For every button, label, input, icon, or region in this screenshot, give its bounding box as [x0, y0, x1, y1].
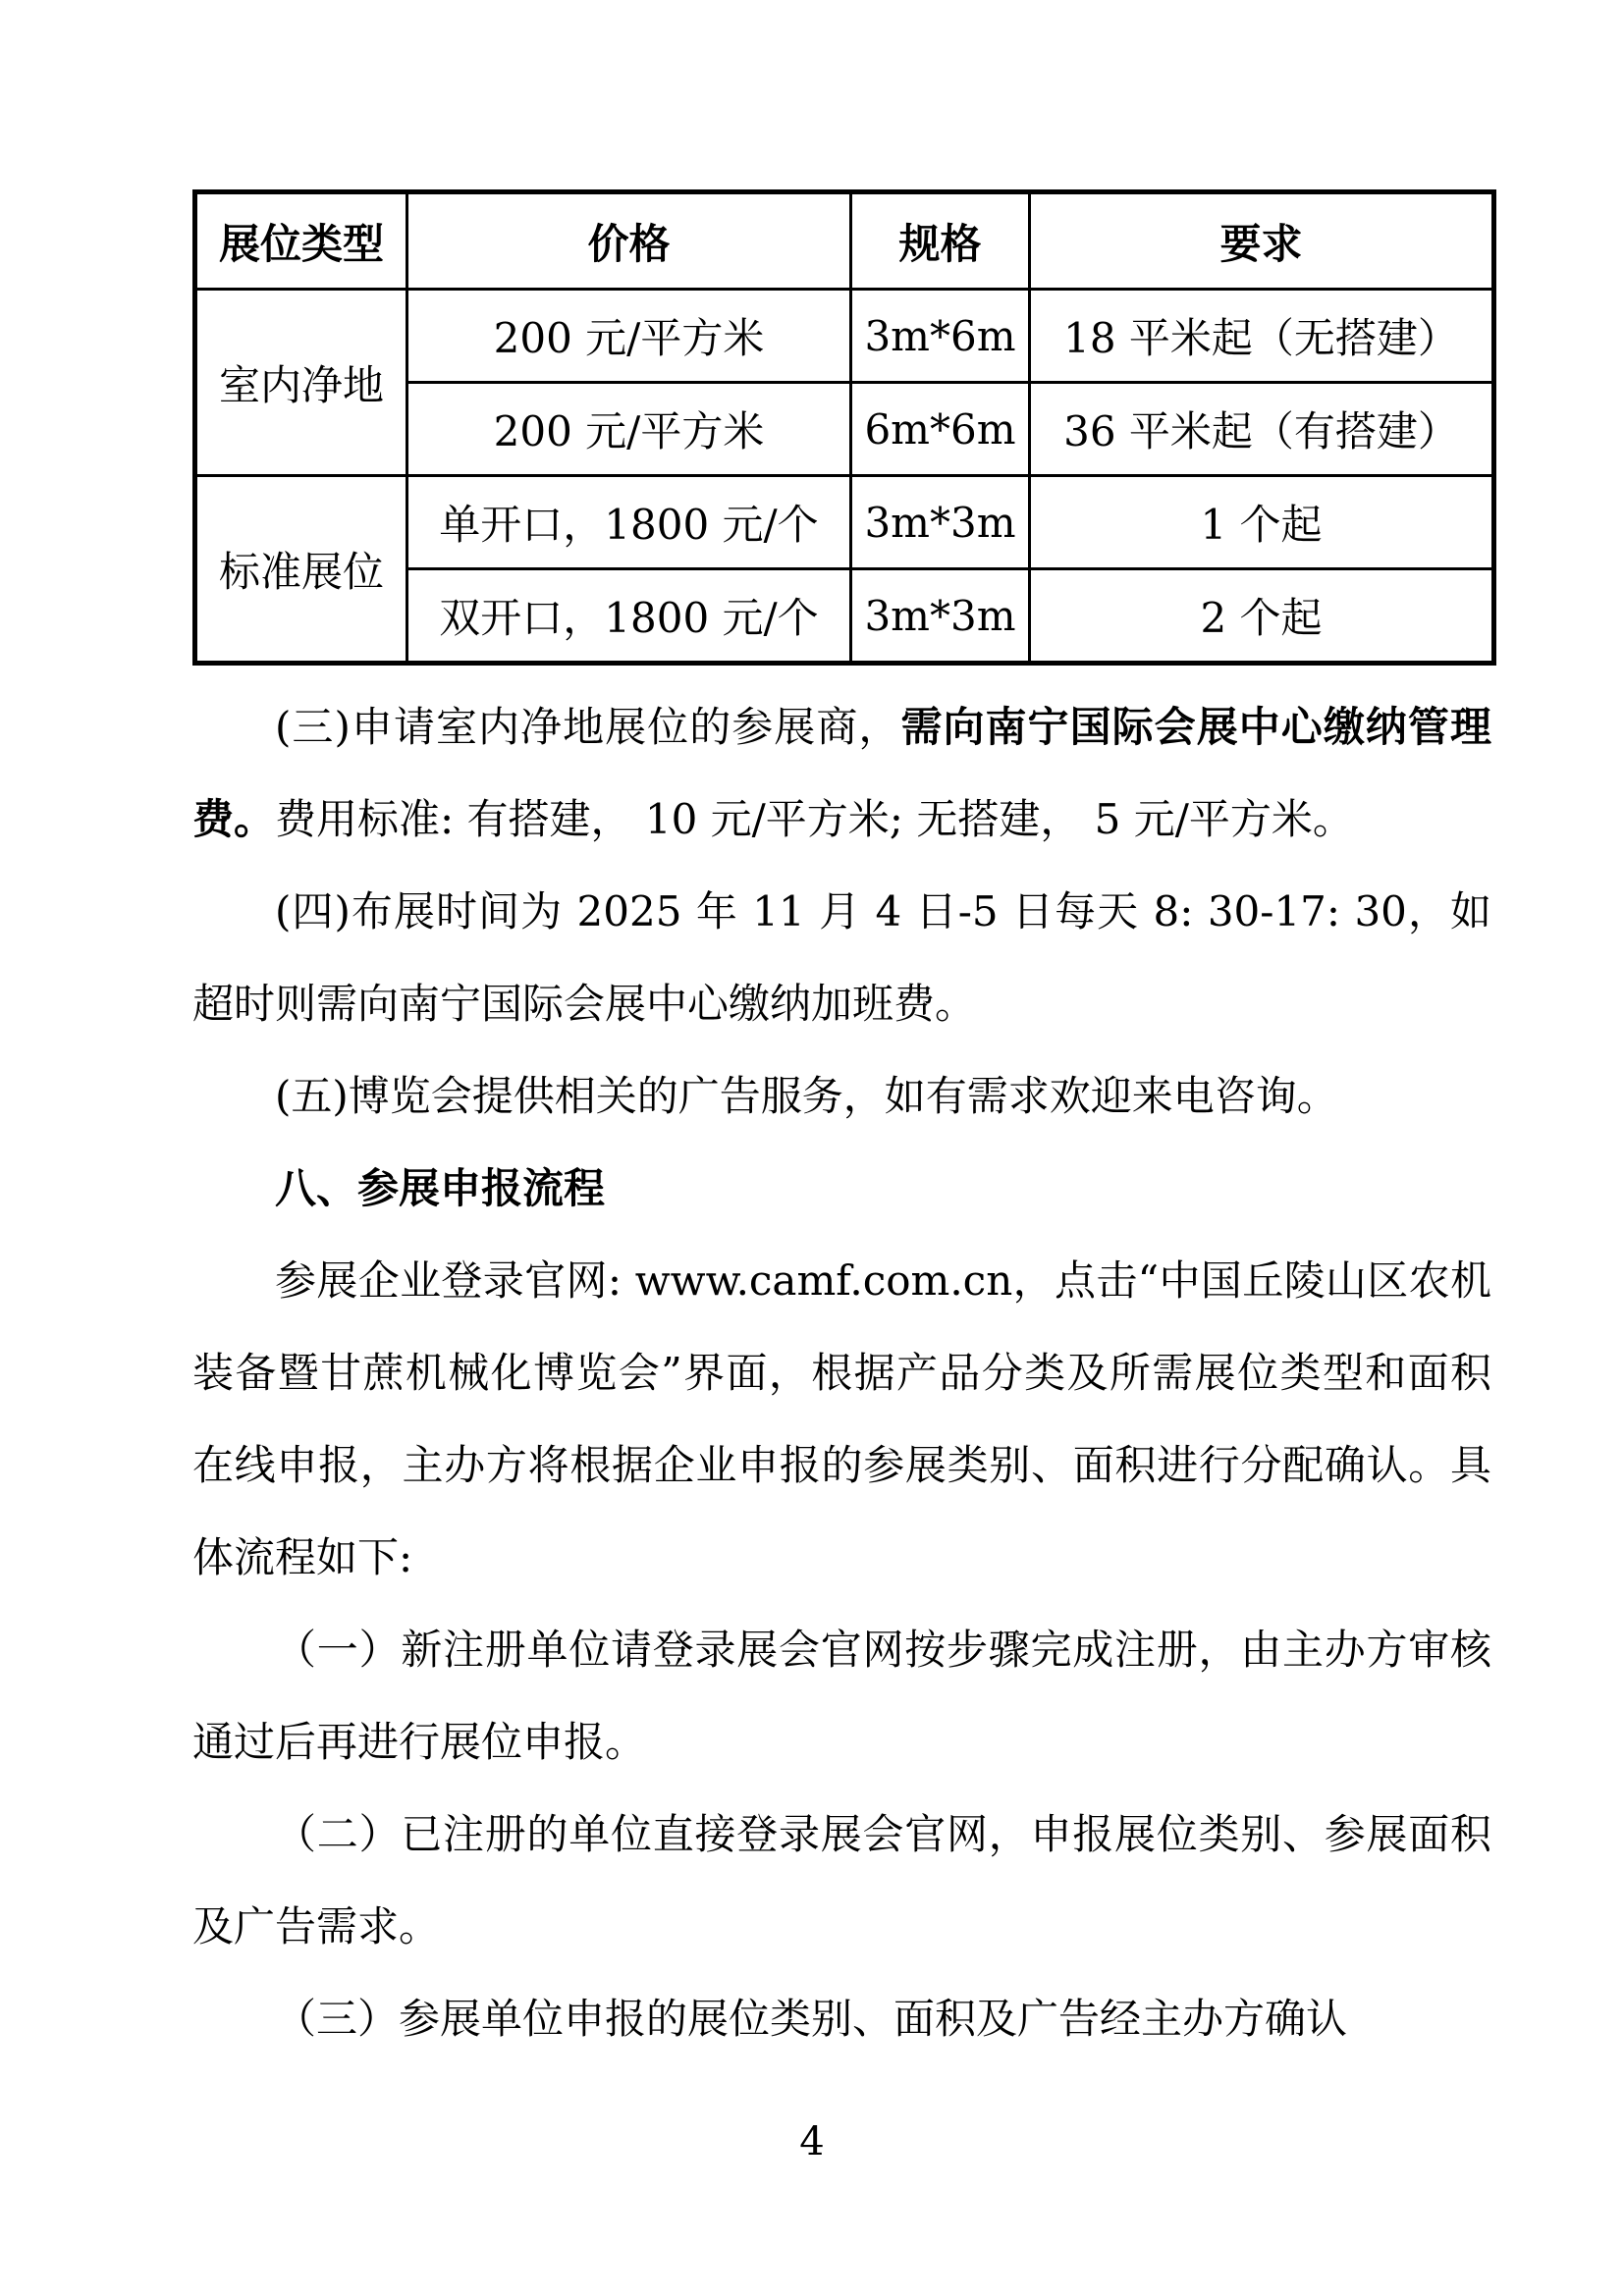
table-cell: 双开口，1800 元/个: [407, 569, 851, 664]
table-cell: 6m*6m: [851, 383, 1030, 476]
table-row: 室内净地200 元/平方米3m*6m18 平米起（无搭建）: [195, 290, 1494, 383]
table-header-cell: 价格: [407, 192, 851, 290]
table-header-cell: 展位类型: [195, 192, 407, 290]
paragraph: (三)申请室内净地展位的参展商，需向南宁国际会展中心缴纳管理费。费用标准: 有搭…: [192, 681, 1491, 866]
table-cell: 标准展位: [195, 476, 407, 664]
text-segment: (三)申请室内净地展位的参展商，: [275, 703, 900, 751]
text-segment: （三）参展单位申报的展位类别、面积及广告经主办方确认: [275, 1995, 1347, 2043]
document-page: 展位类型价格规格要求 室内净地200 元/平方米3m*6m18 平米起（无搭建）…: [0, 0, 1624, 2296]
section-heading: 八、参展申报流程: [192, 1143, 1491, 1235]
text-segment: 参展企业登录官网: www.camf.com.cn，点击“中国丘陵山区农机装备暨…: [192, 1256, 1491, 1581]
table-header-cell: 规格: [851, 192, 1030, 290]
body-paragraphs: (三)申请室内净地展位的参展商，需向南宁国际会展中心缴纳管理费。费用标准: 有搭…: [192, 681, 1491, 2065]
booth-table-body: 室内净地200 元/平方米3m*6m18 平米起（无搭建）200 元/平方米6m…: [195, 290, 1494, 664]
page-number: 4: [0, 2112, 1624, 2171]
table-header-cell: 要求: [1030, 192, 1494, 290]
table-cell: 200 元/平方米: [407, 383, 851, 476]
table-cell: 室内净地: [195, 290, 407, 476]
table-cell: 2 个起: [1030, 569, 1494, 664]
text-segment: (五)博览会提供相关的广告服务，如有需求欢迎来电咨询。: [275, 1072, 1338, 1120]
table-cell: 3m*3m: [851, 476, 1030, 569]
table-row: 标准展位单开口，1800 元/个3m*3m1 个起: [195, 476, 1494, 569]
table-cell: 3m*3m: [851, 569, 1030, 664]
text-segment: (四)布展时间为 2025 年 11 月 4 日-5 日每天 8: 30-17:…: [192, 887, 1491, 1028]
booth-table-header: 展位类型价格规格要求: [195, 192, 1494, 290]
text-segment: 费用标准: 有搭建， 10 元/平方米; 无搭建， 5 元/平方米。: [275, 795, 1354, 843]
paragraph: （一）新注册单位请登录展会官网按步骤完成注册，由主办方审核通过后再进行展位申报。: [192, 1604, 1491, 1789]
booth-price-table: 展位类型价格规格要求 室内净地200 元/平方米3m*6m18 平米起（无搭建）…: [192, 189, 1496, 666]
text-segment: （二）已注册的单位直接登录展会官网，申报展位类别、参展面积及广告需求。: [192, 1810, 1491, 1950]
table-cell: 18 平米起（无搭建）: [1030, 290, 1494, 383]
table-cell: 36 平米起（有搭建）: [1030, 383, 1494, 476]
paragraph: （三）参展单位申报的展位类别、面积及广告经主办方确认: [192, 1973, 1491, 2065]
paragraph: (五)博览会提供相关的广告服务，如有需求欢迎来电咨询。: [192, 1050, 1491, 1143]
page-content: 展位类型价格规格要求 室内净地200 元/平方米3m*6m18 平米起（无搭建）…: [192, 189, 1491, 2065]
table-cell: 单开口，1800 元/个: [407, 476, 851, 569]
paragraph: 参展企业登录官网: www.camf.com.cn，点击“中国丘陵山区农机装备暨…: [192, 1235, 1491, 1604]
table-header-row: 展位类型价格规格要求: [195, 192, 1494, 290]
paragraph: （二）已注册的单位直接登录展会官网，申报展位类别、参展面积及广告需求。: [192, 1789, 1491, 1973]
text-segment: 八、参展申报流程: [275, 1164, 605, 1212]
table-cell: 3m*6m: [851, 290, 1030, 383]
paragraph: (四)布展时间为 2025 年 11 月 4 日-5 日每天 8: 30-17:…: [192, 866, 1491, 1050]
table-cell: 1 个起: [1030, 476, 1494, 569]
text-segment: （一）新注册单位请登录展会官网按步骤完成注册，由主办方审核通过后再进行展位申报。: [192, 1626, 1491, 1766]
table-cell: 200 元/平方米: [407, 290, 851, 383]
